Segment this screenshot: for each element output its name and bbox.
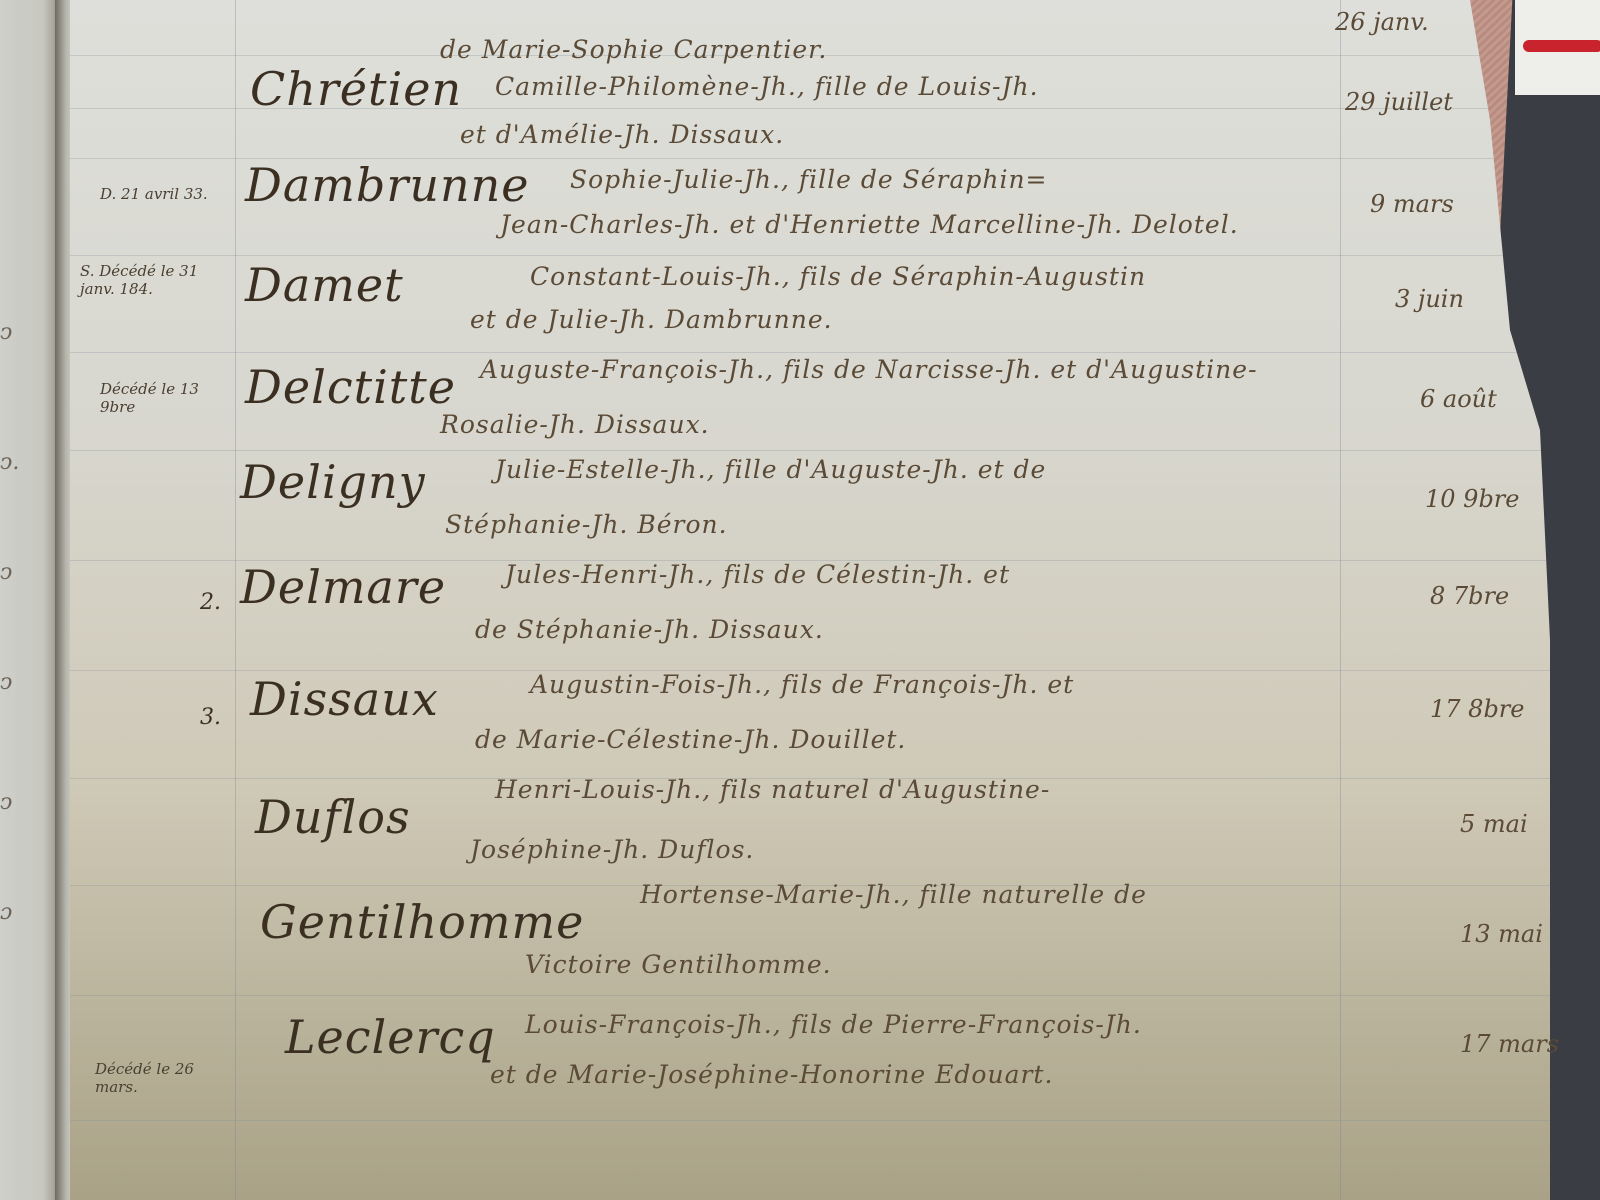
entry-line1: Hortense-Marie-Jh., fille naturelle de bbox=[640, 880, 1147, 909]
entry-line1: Sophie-Julie-Jh., fille de Séraphin= bbox=[570, 165, 1048, 194]
entry-line2: Victoire Gentilhomme. bbox=[525, 950, 832, 979]
margin-mark: ↄ bbox=[0, 320, 12, 345]
entry-line2: Rosalie-Jh. Dissaux. bbox=[440, 410, 710, 439]
entry-line2: de Marie-Célestine-Jh. Douillet. bbox=[475, 725, 906, 754]
entry-line2: de Stéphanie-Jh. Dissaux. bbox=[475, 615, 824, 644]
entry-line: de Marie-Sophie Carpentier. bbox=[440, 35, 827, 64]
margin-note: 2. bbox=[200, 590, 221, 615]
entry-line2: Jean-Charles-Jh. et d'Henriette Marcelli… bbox=[500, 210, 1239, 239]
entry-line2: Stéphanie-Jh. Béron. bbox=[445, 510, 728, 539]
entry-surname: Deligny bbox=[240, 455, 426, 509]
margin-mark: ↄ bbox=[0, 790, 12, 815]
margin-mark: ↄ bbox=[0, 560, 12, 585]
entry-surname: Chrétien bbox=[250, 62, 462, 116]
entry-date: 26 janv. bbox=[1335, 8, 1429, 36]
entry-surname: Damet bbox=[245, 258, 404, 312]
entry-date: 13 mai bbox=[1460, 920, 1543, 948]
entry-surname: Delmare bbox=[240, 560, 446, 614]
entry-line2: et de Marie-Joséphine-Honorine Edouart. bbox=[490, 1060, 1053, 1089]
margin-mark: ↄ bbox=[0, 670, 12, 695]
entry-surname: Dambrunne bbox=[245, 158, 529, 212]
entry-date: 29 juillet bbox=[1345, 88, 1453, 116]
entry-date: 8 7bre bbox=[1430, 582, 1509, 610]
left-margin-line bbox=[235, 0, 236, 1200]
entry-line1: Jules-Henri-Jh., fils de Célestin-Jh. et bbox=[505, 560, 1010, 589]
entry-line1: Camille-Philomène-Jh., fille de Louis-Jh… bbox=[495, 72, 1039, 101]
previous-page-edge: ↄ ↄ. ↄ ↄ ↄ ɔ bbox=[0, 0, 62, 1200]
entry-surname: Delctitte bbox=[245, 360, 456, 414]
entry-surname: Gentilhomme bbox=[260, 895, 584, 949]
entry-line1: Constant-Louis-Jh., fils de Séraphin-Aug… bbox=[530, 262, 1146, 291]
entry-surname: Leclercq bbox=[285, 1010, 496, 1064]
entry-line2: et d'Amélie-Jh. Dissaux. bbox=[460, 120, 784, 149]
entry-date: 3 juin bbox=[1395, 285, 1464, 313]
margin-note: S. Décédé le 31 janv. 184. bbox=[80, 262, 200, 298]
entry-line2: Joséphine-Jh. Duflos. bbox=[470, 835, 754, 864]
ribbon-label bbox=[1515, 0, 1600, 95]
red-stripe bbox=[1523, 40, 1600, 52]
margin-note: D. 21 avril 33. bbox=[100, 185, 240, 203]
margin-note: 3. bbox=[200, 705, 221, 730]
entry-line1: Auguste-François-Jh., fils de Narcisse-J… bbox=[480, 355, 1258, 384]
ruled-line bbox=[70, 995, 1550, 996]
entry-line1: Louis-François-Jh., fils de Pierre-Franç… bbox=[525, 1010, 1142, 1039]
date-column-line bbox=[1340, 0, 1341, 1200]
entry-surname: Duflos bbox=[255, 790, 411, 844]
entry-line1: Julie-Estelle-Jh., fille d'Auguste-Jh. e… bbox=[495, 455, 1046, 484]
entry-date: 17 8bre bbox=[1430, 695, 1524, 723]
entry-date: 6 août bbox=[1420, 385, 1497, 413]
ruled-line bbox=[70, 1120, 1550, 1121]
entry-date: 5 mai bbox=[1460, 810, 1528, 838]
entry-date: 9 mars bbox=[1370, 190, 1454, 218]
ruled-line bbox=[70, 255, 1550, 256]
entry-date: 17 mars bbox=[1460, 1030, 1559, 1058]
entry-line2: et de Julie-Jh. Dambrunne. bbox=[470, 305, 833, 334]
margin-note: Décédé le 26 mars. bbox=[95, 1060, 225, 1096]
ruled-line bbox=[70, 352, 1550, 353]
ruled-line bbox=[70, 450, 1550, 451]
margin-note: Décédé le 13 9bre bbox=[100, 380, 210, 416]
entry-line1: Henri-Louis-Jh., fils naturel d'Augustin… bbox=[495, 775, 1050, 804]
entry-line1: Augustin-Fois-Jh., fils de François-Jh. … bbox=[530, 670, 1074, 699]
entry-date: 10 9bre bbox=[1425, 485, 1519, 513]
margin-mark: ↄ. bbox=[0, 450, 19, 475]
margin-mark: ɔ bbox=[0, 900, 12, 925]
entry-surname: Dissaux bbox=[250, 672, 439, 726]
